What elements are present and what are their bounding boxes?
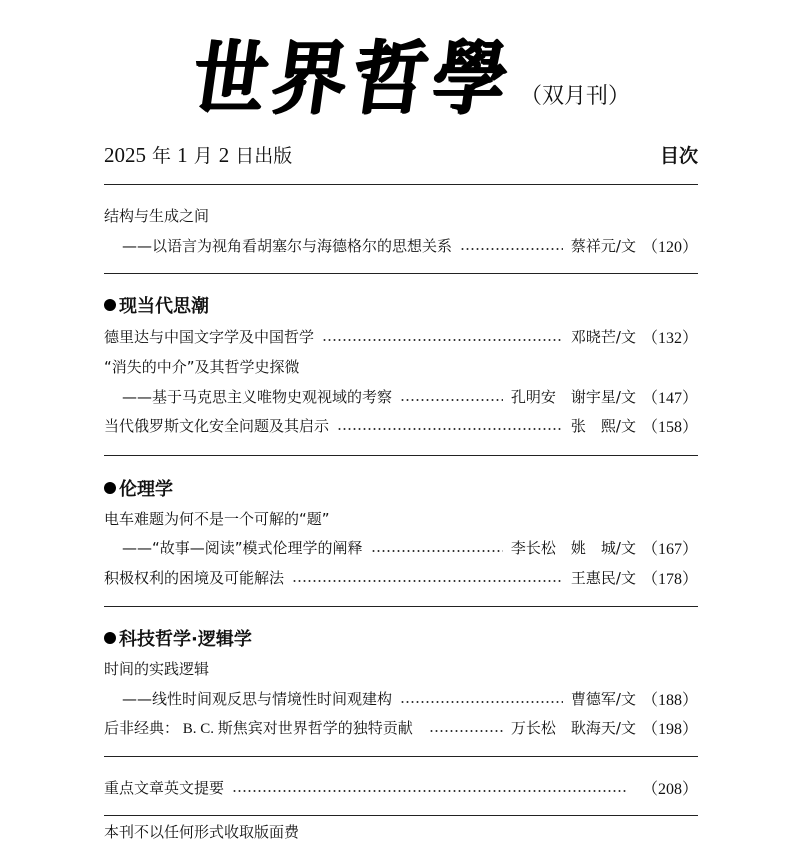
masthead: 世界哲學 （双月刊） xyxy=(192,30,630,120)
section-heading-label: 科技哲学·逻辑学 xyxy=(119,625,252,651)
entry-title: 积极权利的困境及可能解法 xyxy=(104,567,284,588)
dot-leader xyxy=(292,580,563,582)
pub-month-unit: 月 xyxy=(188,145,219,167)
entry-title: 德里达与中国文字学及中国哲学 xyxy=(104,326,314,347)
toc-entry[interactable]: ——线性时间观反思与情境性时间观建构 曹德军/文 （188） xyxy=(104,686,698,710)
divider xyxy=(104,756,698,757)
divider xyxy=(104,273,698,274)
divider xyxy=(104,455,698,456)
entry-page: （120） xyxy=(642,234,698,257)
entry-page: （188） xyxy=(642,687,698,710)
entry-page: （132） xyxy=(642,325,698,348)
entry-title-prefix: 后非经典： xyxy=(104,719,179,737)
toc-entry[interactable]: ——以语言为视角看胡塞尔与海德格尔的思想关系 蔡祥元/文 （120） xyxy=(104,233,698,257)
entry-title: 电车难题为何不是一个可解的“题” xyxy=(104,508,330,529)
entry-title: “消失的中介”及其哲学史探微 xyxy=(104,356,300,377)
journal-frequency: （双月刊） xyxy=(520,79,630,110)
divider xyxy=(104,606,698,607)
entry-author: 孔明安 谢宇星/文 xyxy=(511,386,636,407)
toc-entry[interactable]: 当代俄罗斯文化安全问题及其启示 张 熙/文 （158） xyxy=(104,413,698,437)
entry-page: （208） xyxy=(642,776,698,799)
section-heading: 科技哲学·逻辑学 xyxy=(104,625,252,651)
toc-entry[interactable]: 德里达与中国文字学及中国哲学 邓晓芒/文 （132） xyxy=(104,324,698,348)
entry-title: ——线性时间观反思与情境性时间观建构 xyxy=(122,688,392,709)
toc-entry[interactable]: ——基于马克思主义唯物史观视域的考察 孔明安 谢宇星/文 （147） xyxy=(104,384,698,408)
divider xyxy=(104,184,698,185)
entry-title: ——基于马克思主义唯物史观视域的考察 xyxy=(122,386,392,407)
dot-leader xyxy=(337,428,563,430)
toc-entry[interactable]: “消失的中介”及其哲学史探微 xyxy=(104,354,698,378)
entry-title: 当代俄罗斯文化安全问题及其启示 xyxy=(104,415,329,436)
pub-day-unit: 日出版 xyxy=(229,145,292,167)
entry-title: ——以语言为视角看胡塞尔与海德格尔的思想关系 xyxy=(122,235,452,256)
dot-leader xyxy=(371,550,503,552)
section-heading-label: 现当代思潮 xyxy=(119,292,209,318)
entry-author: 曹德军/文 xyxy=(571,688,636,709)
bullet-icon xyxy=(104,632,116,644)
entry-author: 蔡祥元/文 xyxy=(571,235,636,256)
entry-page: （198） xyxy=(642,716,698,739)
entry-author: 万长松 耿海天/文 xyxy=(511,717,636,738)
toc-entry[interactable]: 重点文章英文提要 （208） xyxy=(104,775,698,799)
toc-entry[interactable]: ——“故事—阅读”模式伦理学的阐释 李长松 姚 城/文 （167） xyxy=(104,535,698,559)
entry-author: 张 熙/文 xyxy=(571,415,636,436)
footer-note: 本刊不以任何形式收取版面费 xyxy=(104,821,299,842)
entry-title: ——“故事—阅读”模式伦理学的阐释 xyxy=(122,537,363,558)
pub-month: 1 xyxy=(177,143,188,167)
dot-leader xyxy=(322,339,563,341)
toc-entry[interactable]: 后非经典： B. C. 斯焦宾对世界哲学的独特贡献 万长松 耿海天/文 （198… xyxy=(104,715,698,739)
pub-day: 2 xyxy=(219,143,230,167)
bullet-icon xyxy=(104,482,116,494)
toc-entry[interactable]: 结构与生成之间 xyxy=(104,203,698,227)
dot-leader xyxy=(232,790,628,792)
entry-title: 后非经典： B. C. 斯焦宾对世界哲学的独特贡献 xyxy=(104,717,413,738)
entry-author: 王惠民/文 xyxy=(571,567,636,588)
pub-year-unit: 年 xyxy=(146,145,177,167)
entry-page: （167） xyxy=(642,536,698,559)
dot-leader xyxy=(429,730,503,732)
divider xyxy=(104,815,698,816)
entry-author: 李长松 姚 城/文 xyxy=(511,537,636,558)
entry-author: 邓晓芒/文 xyxy=(571,326,636,347)
dot-leader xyxy=(400,701,563,703)
entry-title: 结构与生成之间 xyxy=(104,205,209,226)
entry-page: （158） xyxy=(642,414,698,437)
entry-title: 重点文章英文提要 xyxy=(104,777,224,798)
pubdate-row: 2025 年 1 月 2 日出版 目次 xyxy=(104,141,698,168)
dot-leader xyxy=(400,399,503,401)
bullet-icon xyxy=(104,299,116,311)
toc-entry[interactable]: 积极权利的困境及可能解法 王惠民/文 （178） xyxy=(104,565,698,589)
pub-year: 2025 xyxy=(104,143,146,167)
section-heading: 现当代思潮 xyxy=(104,292,209,318)
entry-title-main: 斯焦宾对世界哲学的独特贡献 xyxy=(218,719,413,737)
section-heading: 伦理学 xyxy=(104,475,173,501)
journal-title: 世界哲學 xyxy=(186,35,518,124)
toc-entry[interactable]: 时间的实践逻辑 xyxy=(104,656,698,680)
dot-leader xyxy=(460,248,563,250)
entry-title-latin: B. C. xyxy=(179,721,218,737)
section-heading-label: 伦理学 xyxy=(119,475,173,501)
entry-page: （147） xyxy=(642,385,698,408)
publication-date: 2025 年 1 月 2 日出版 xyxy=(104,141,292,168)
toc-label: 目次 xyxy=(660,141,698,168)
entry-title: 时间的实践逻辑 xyxy=(104,658,209,679)
toc-entry[interactable]: 电车难题为何不是一个可解的“题” xyxy=(104,506,698,530)
entry-page: （178） xyxy=(642,566,698,589)
